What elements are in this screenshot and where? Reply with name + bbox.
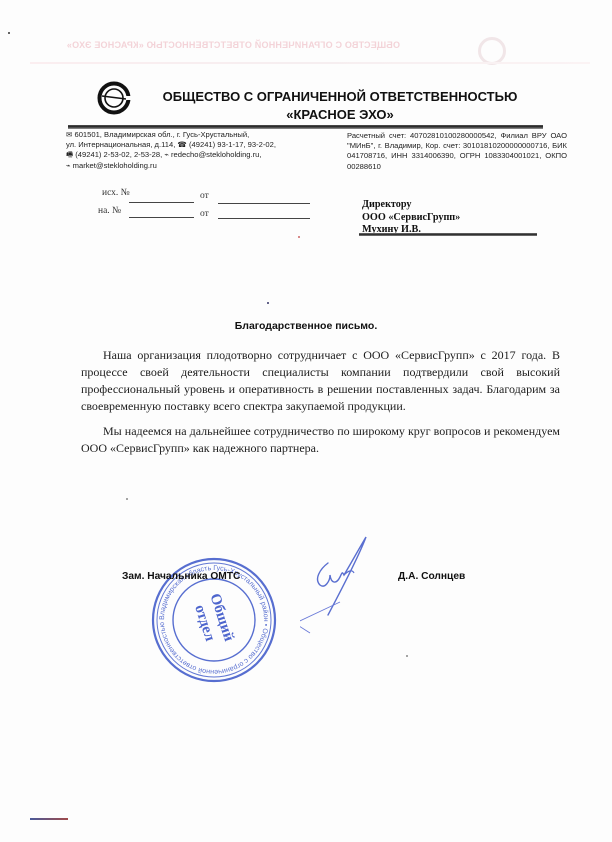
letter-paragraph-1: Наша организация плодотворно сотрудничае…: [81, 347, 560, 415]
incoming-date-label: от: [200, 209, 209, 219]
scan-speck: [126, 498, 128, 500]
letterhead-rule: [68, 125, 543, 129]
incoming-number-field: [129, 217, 194, 218]
outgoing-date-field: [218, 203, 310, 204]
handwritten-signature: [300, 535, 420, 645]
addressee-company: ООО «СервисГрупп»: [362, 212, 460, 225]
scan-speck: [267, 302, 269, 304]
company-name-line1: ОБЩЕСТВО С ОГРАНИЧЕННОЙ ОТВЕТСТВЕННОСТЬЮ: [150, 88, 530, 106]
ghost-rule: [30, 62, 590, 64]
bank-details: Расчетный счет: 40702810100280000542, Фи…: [347, 131, 567, 172]
outgoing-date-label: от: [200, 191, 209, 201]
footer-mark: [30, 818, 68, 820]
ghost-logo-icon: [478, 37, 506, 65]
contact-fax-email-line: 🖷 (49241) 2-53-02, 2-53-28, ⌁ redecho@st…: [66, 150, 336, 160]
incoming-date-field: [218, 218, 310, 219]
contact-address-line: ✉ 601501, Владимирская обл., г. Гусь-Хру…: [66, 130, 336, 140]
contact-street-phone-line: ул. Интернациональная, д.114, ☎ (49241) …: [66, 140, 336, 150]
company-name: ОБЩЕСТВО С ОГРАНИЧЕННОЙ ОТВЕТСТВЕННОСТЬЮ…: [150, 88, 530, 124]
outgoing-number-field: [129, 202, 194, 203]
addressee-position: Директору: [362, 199, 460, 212]
scan-speck: [8, 32, 10, 34]
incoming-number-label: на. №: [98, 206, 121, 216]
letter-paragraph-2: Мы надеемся на дальнейшее сотрудничество…: [81, 423, 560, 457]
contact-details: ✉ 601501, Владимирская обл., г. Гусь-Хру…: [66, 130, 336, 171]
ghost-bleed-text: ОБЩЕСТВО С ОГРАНИЧЕННОЙ ОТВЕТСТВЕННОСТЬЮ…: [120, 40, 400, 52]
company-name-line2: «КРАСНОЕ ЭХО»: [150, 106, 530, 124]
signatory-role: Зам. Начальника ОМТС: [122, 571, 240, 582]
scan-speck: [298, 236, 300, 238]
letter-title: Благодарственное письмо.: [0, 320, 612, 332]
addressee-rule: [359, 233, 537, 236]
addressee-block: Директору ООО «СервисГрупп» Мухину И.В.: [362, 199, 460, 237]
echo-circle-logo-icon: [96, 80, 132, 116]
contact-email-line: ⌁ market@stekloholding.ru: [66, 161, 336, 171]
scan-speck: [406, 655, 408, 657]
outgoing-number-label: исх. №: [102, 188, 130, 198]
